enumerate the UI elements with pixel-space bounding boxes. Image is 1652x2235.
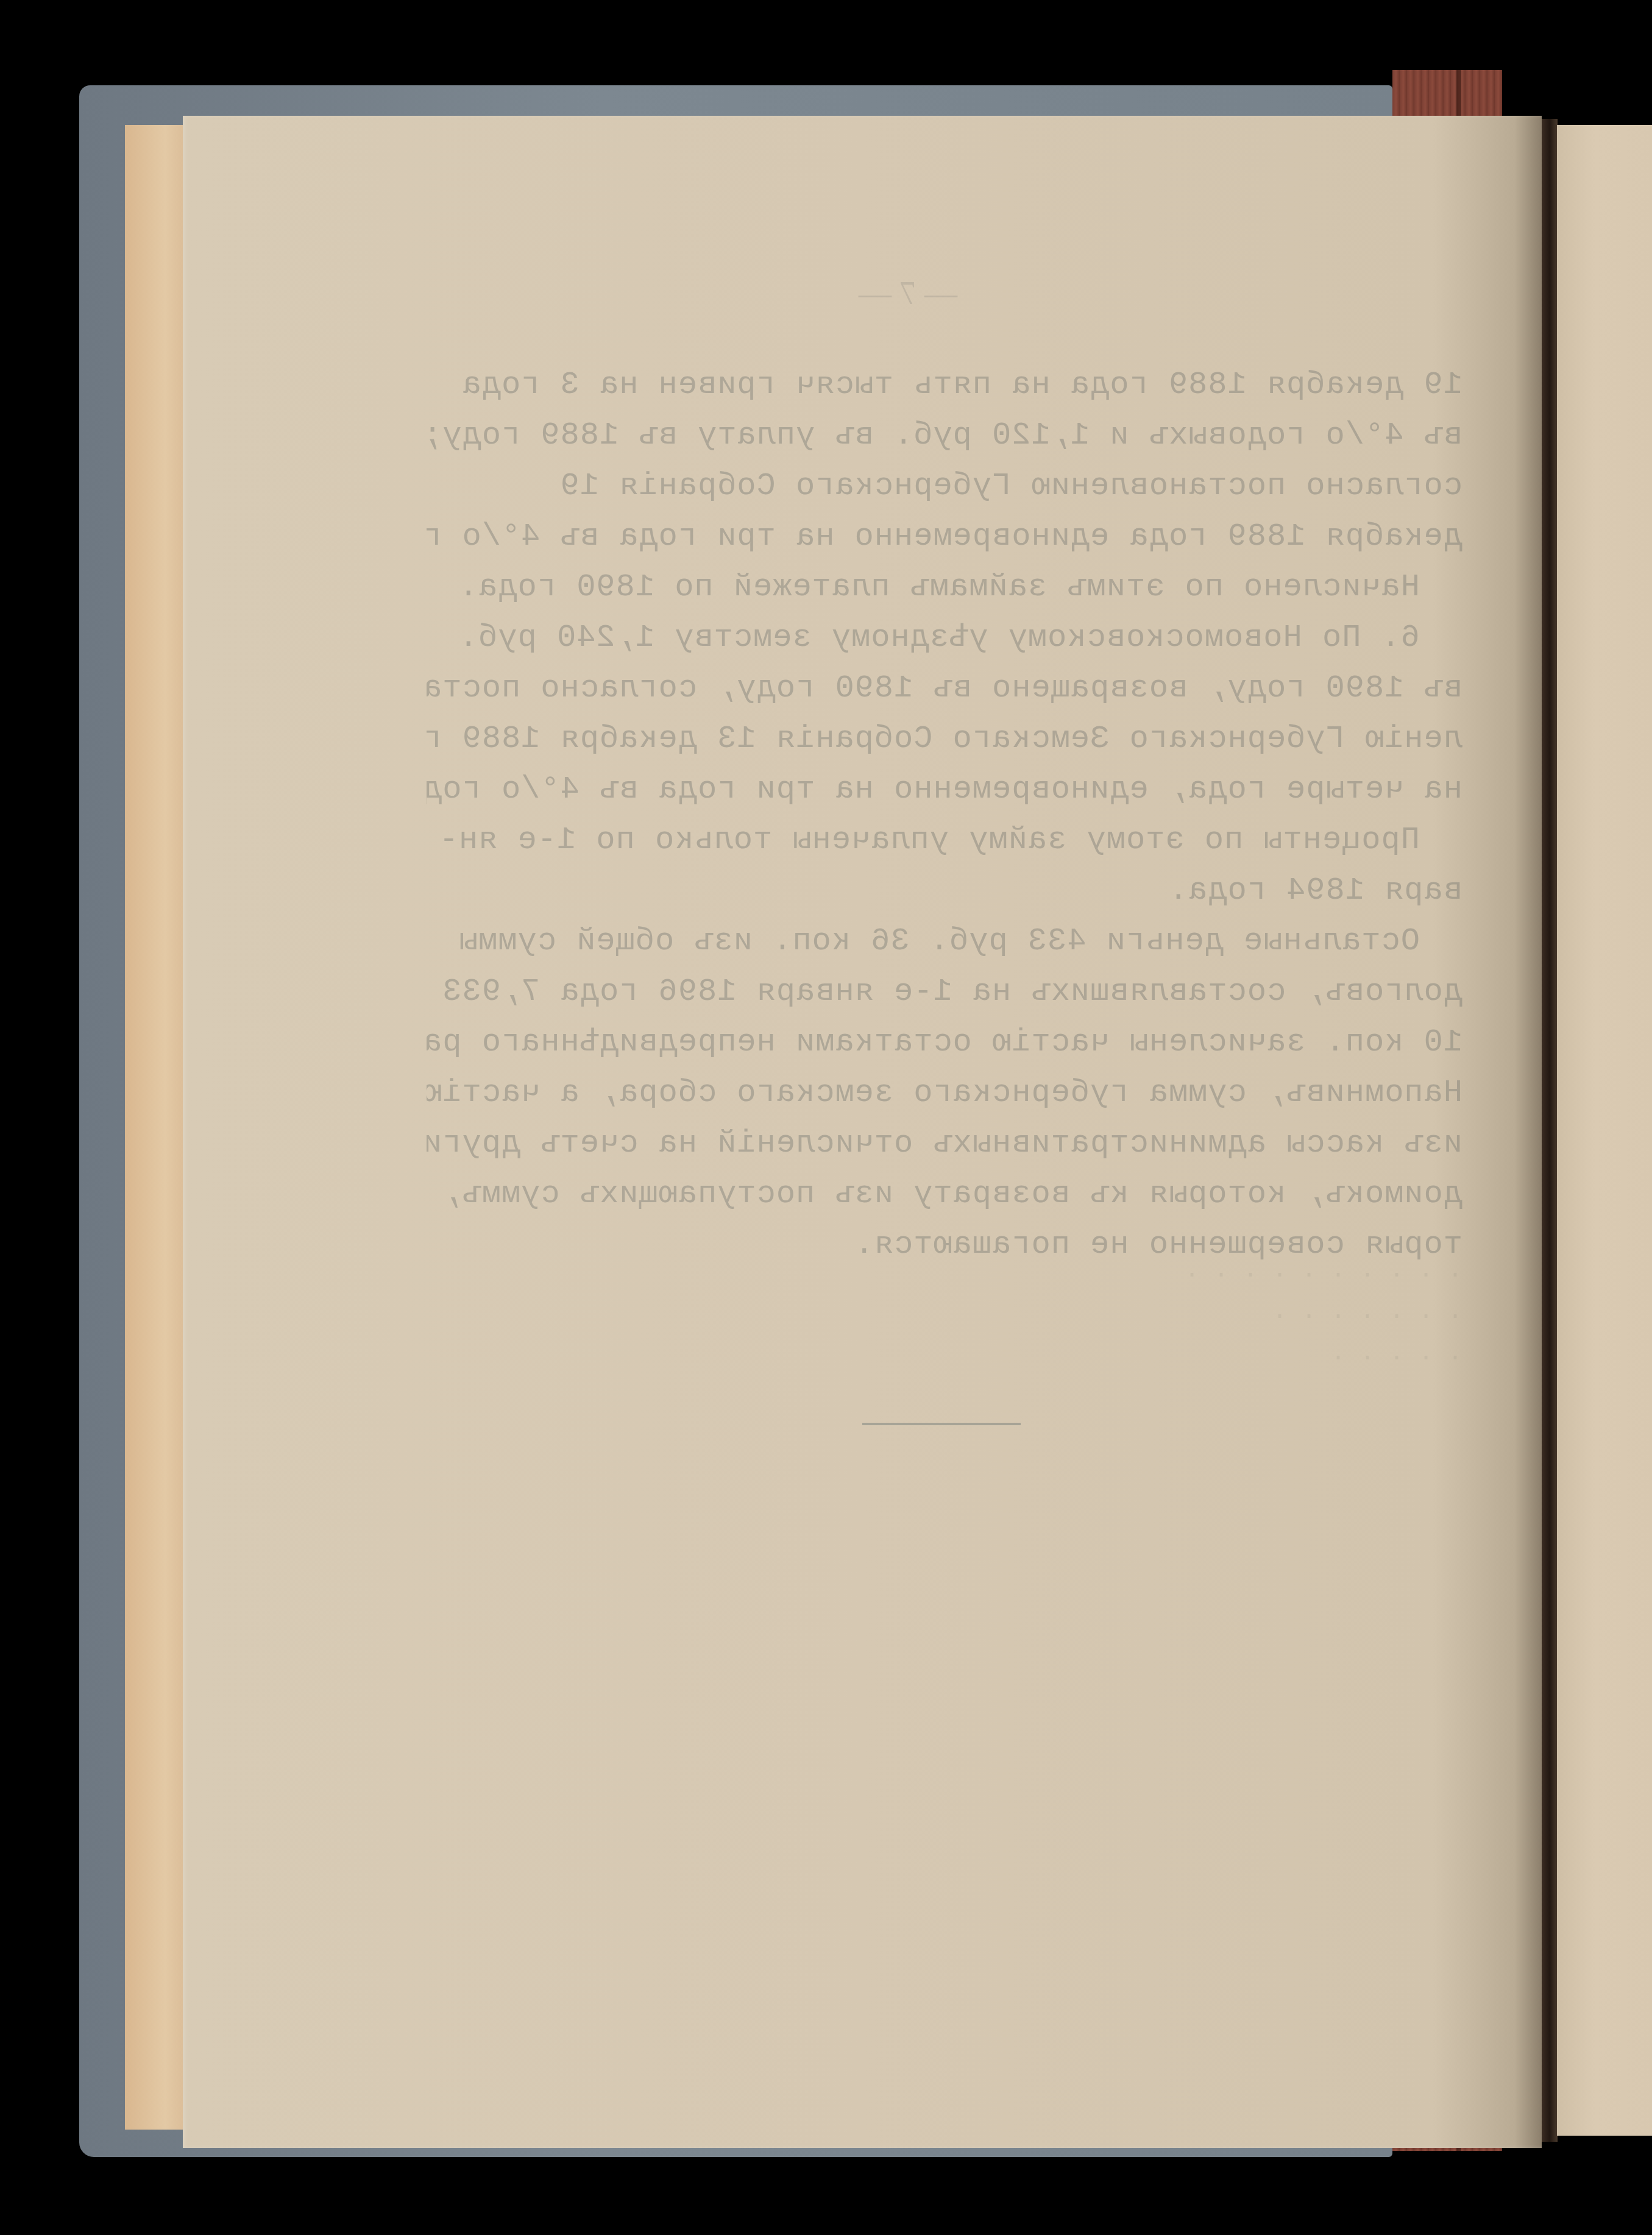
- section-divider-rule: [862, 1423, 1021, 1425]
- bleed-line: ленію Губернскаго Земскаго Собранія 13 д…: [427, 714, 1462, 764]
- bleed-line: Напомнивъ, сумма губернскаго земскаго сб…: [427, 1068, 1462, 1118]
- facing-page-edge: [1557, 125, 1652, 2136]
- faint-line: · · · · ·: [548, 1338, 1462, 1380]
- bleed-line: 19 декабря 1889 года на пять тысяч гриве…: [427, 360, 1462, 410]
- bleed-line: въ 4°/о годовыхъ и 1,120 руб. въ уплату …: [427, 410, 1462, 461]
- faint-bleed-through: · · · · · · · · · · · · · · · · · · · · …: [548, 1255, 1462, 1380]
- bleed-line: доимокъ, которыя къ возврату изъ поступа…: [427, 1169, 1462, 1219]
- faint-line: · · · · · · · · · ·: [548, 1255, 1462, 1297]
- bleed-line: долговъ, составлявшихъ на 1-е января 189…: [427, 966, 1462, 1017]
- bleed-line: 6. По Новомосковскому уѣздному земству 1…: [427, 612, 1462, 663]
- bleed-line: Проценты по этому займу уплачены только …: [427, 815, 1462, 865]
- book-gutter: [1542, 119, 1558, 2142]
- bleed-line: въ 1890 году, возвращено въ 1890 году, с…: [427, 663, 1462, 714]
- bleed-through-text: 19 декабря 1889 года на пять тысяч гриве…: [427, 360, 1462, 1270]
- bleed-line: согласно постановлению Губернскаго Собра…: [427, 461, 1462, 511]
- endpaper-edge: [125, 125, 192, 2130]
- bleed-line: декабря 1889 года единовременно на три г…: [427, 511, 1462, 562]
- bleed-line: Начислено по этимъ займамъ платежей по 1…: [427, 562, 1462, 612]
- bleed-line: Остальные деньги 433 руб. 36 коп. изъ об…: [427, 916, 1462, 966]
- faint-line: · · · · · · ·: [548, 1297, 1462, 1338]
- bleed-line: варя 1894 года.: [427, 865, 1462, 916]
- bleed-line: на четыре года, единовременно на три год…: [427, 764, 1462, 815]
- page-number: — 7 —: [847, 274, 969, 312]
- bleed-line: 10 коп. зачислены частію остатками непре…: [427, 1017, 1462, 1068]
- bleed-line: изъ кассы административныхъ отчисленій н…: [427, 1118, 1462, 1169]
